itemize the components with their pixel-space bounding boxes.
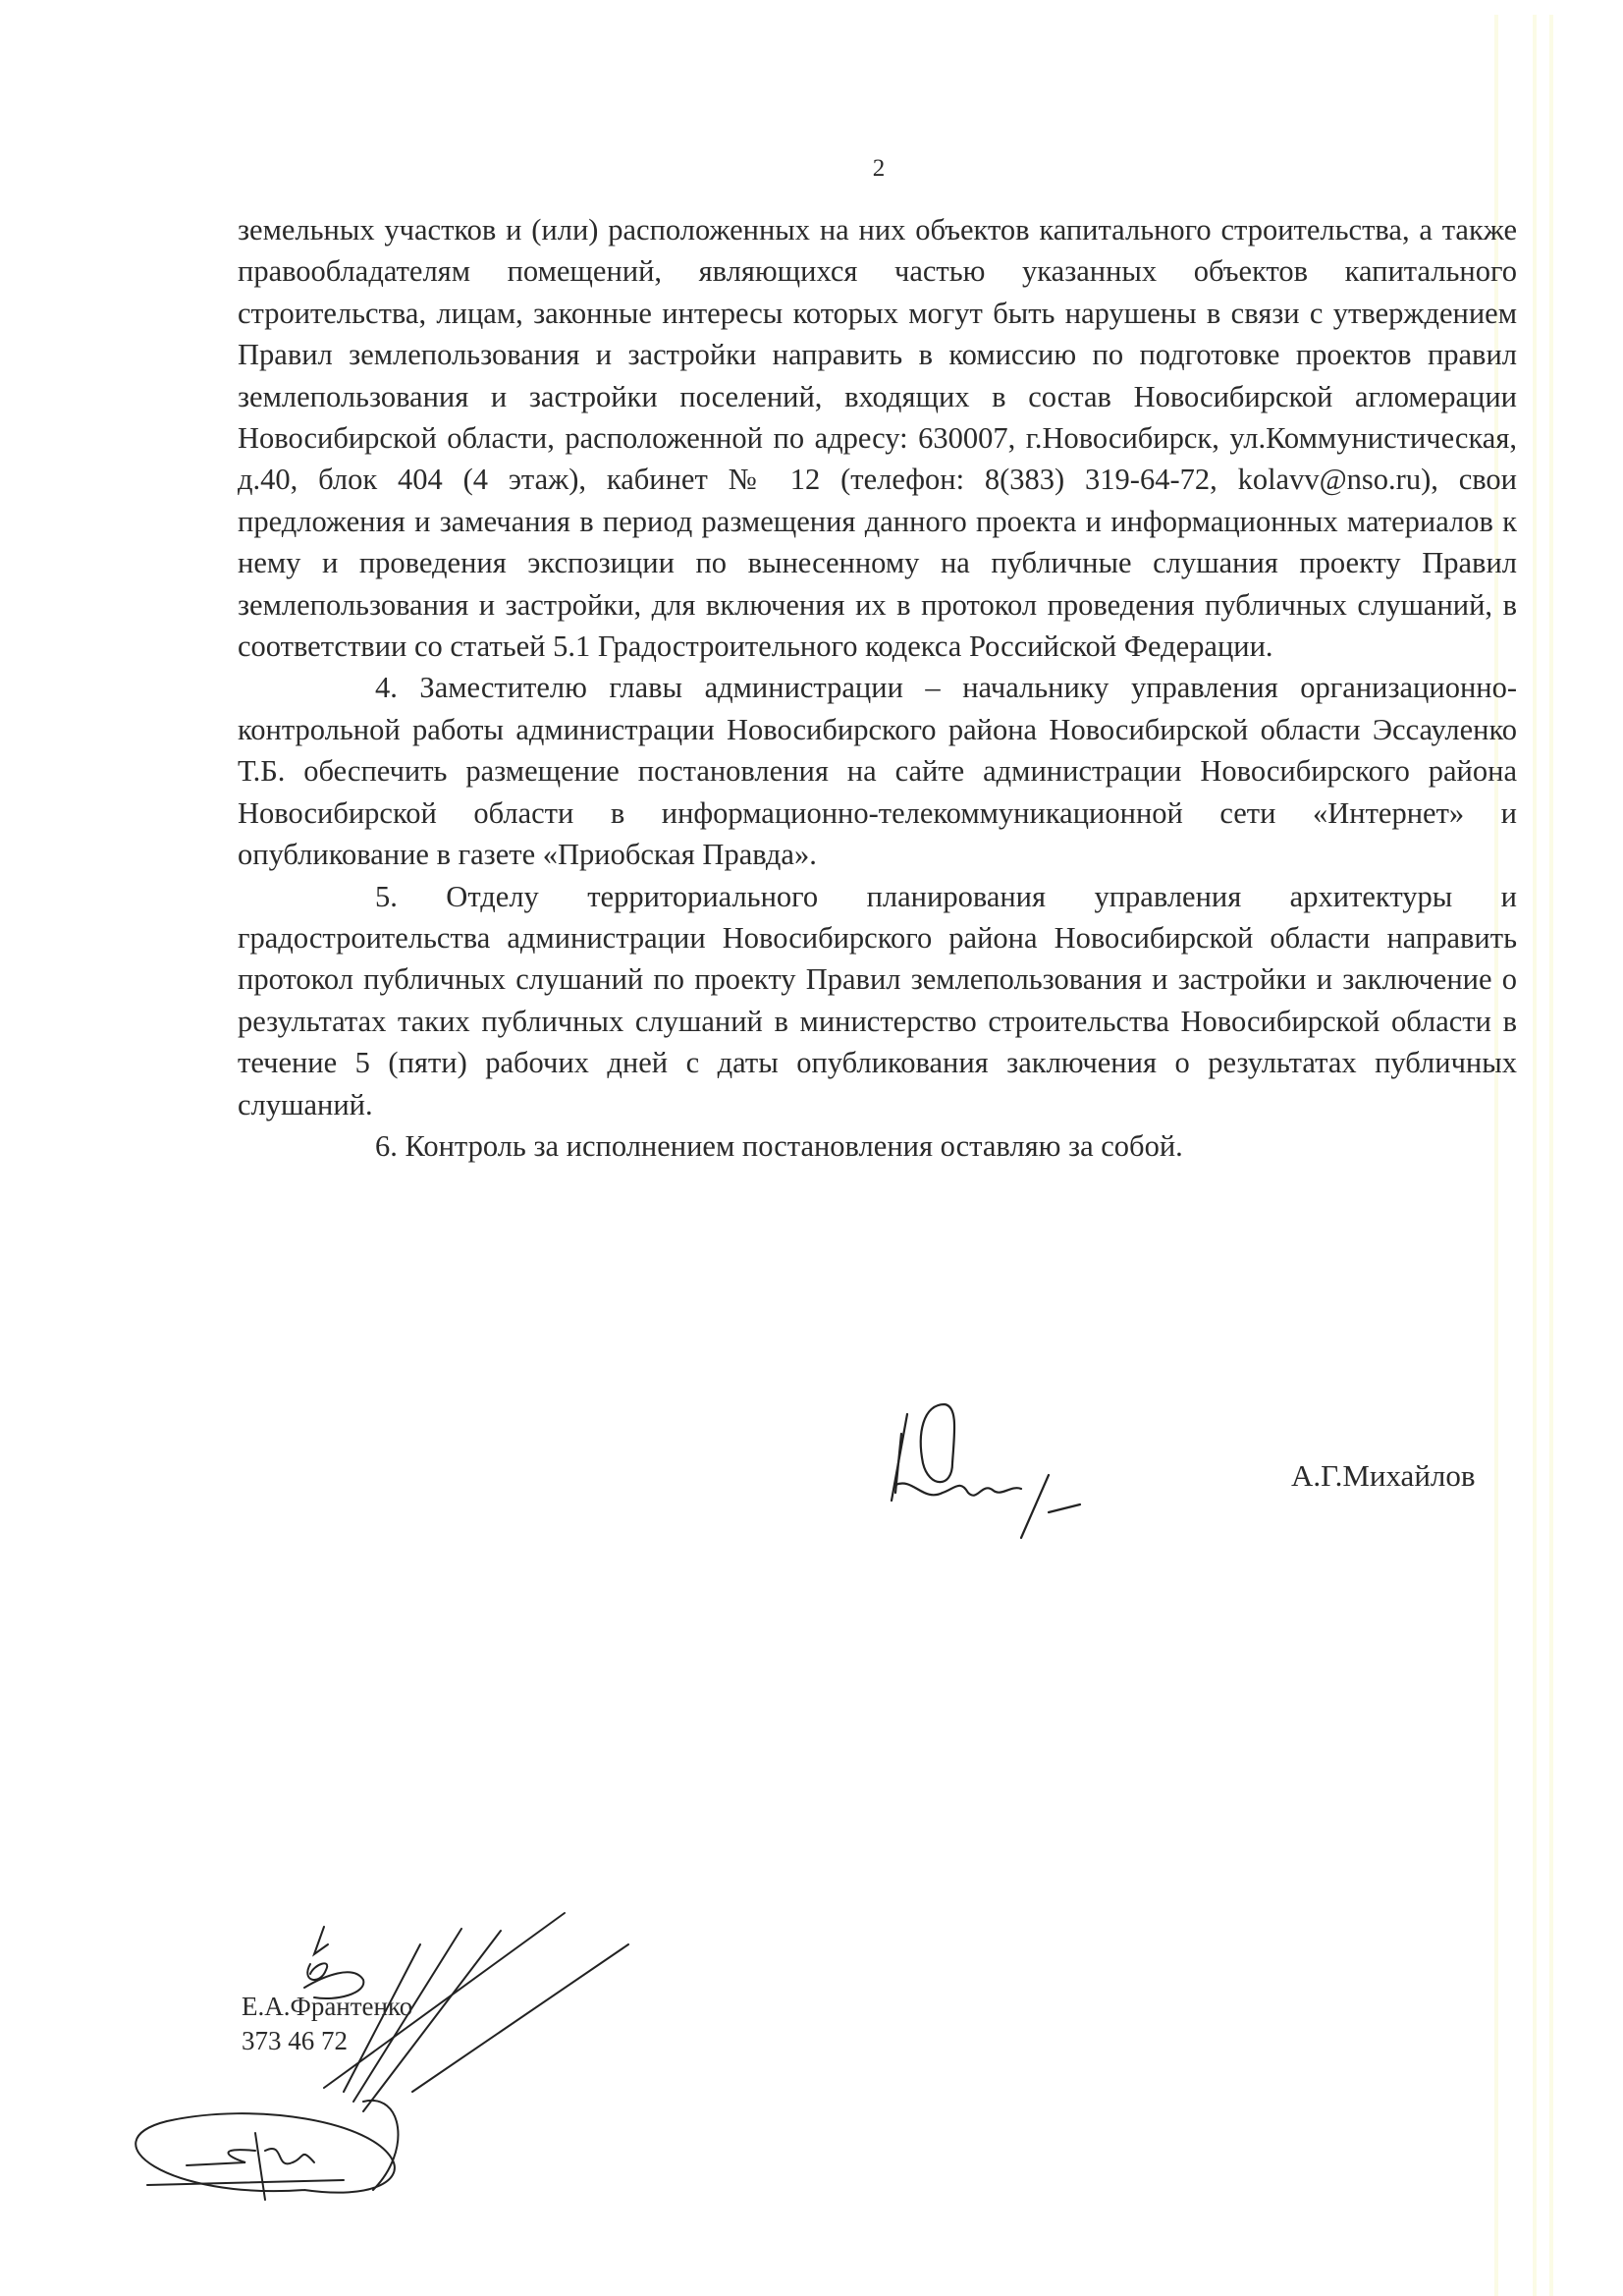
paragraph-item-6: 6. Контроль за исполнением постановления…	[238, 1125, 1517, 1167]
paragraph-item-5: 5. Отделу территориального планирования …	[238, 876, 1517, 1125]
paragraph-item-4: 4. Заместителю главы администрации – нач…	[238, 667, 1517, 875]
scan-edge-strip	[1549, 15, 1553, 2296]
signatory-name: А.Г.Михайлов	[1291, 1458, 1476, 1494]
document-body: земельных участков и (или) расположенных…	[238, 209, 1517, 1167]
scan-edge-strip	[1533, 15, 1537, 2296]
page-number: 2	[0, 155, 1623, 183]
executor-name: Е.А.Франтенко	[242, 1990, 412, 2024]
paragraph-continuation: земельных участков и (или) расположенных…	[238, 209, 1517, 667]
executor-phone: 373 46 72	[242, 2024, 412, 2058]
signature-icon	[884, 1394, 1119, 1542]
executor-block: Е.А.Франтенко 373 46 72	[242, 1990, 412, 2058]
